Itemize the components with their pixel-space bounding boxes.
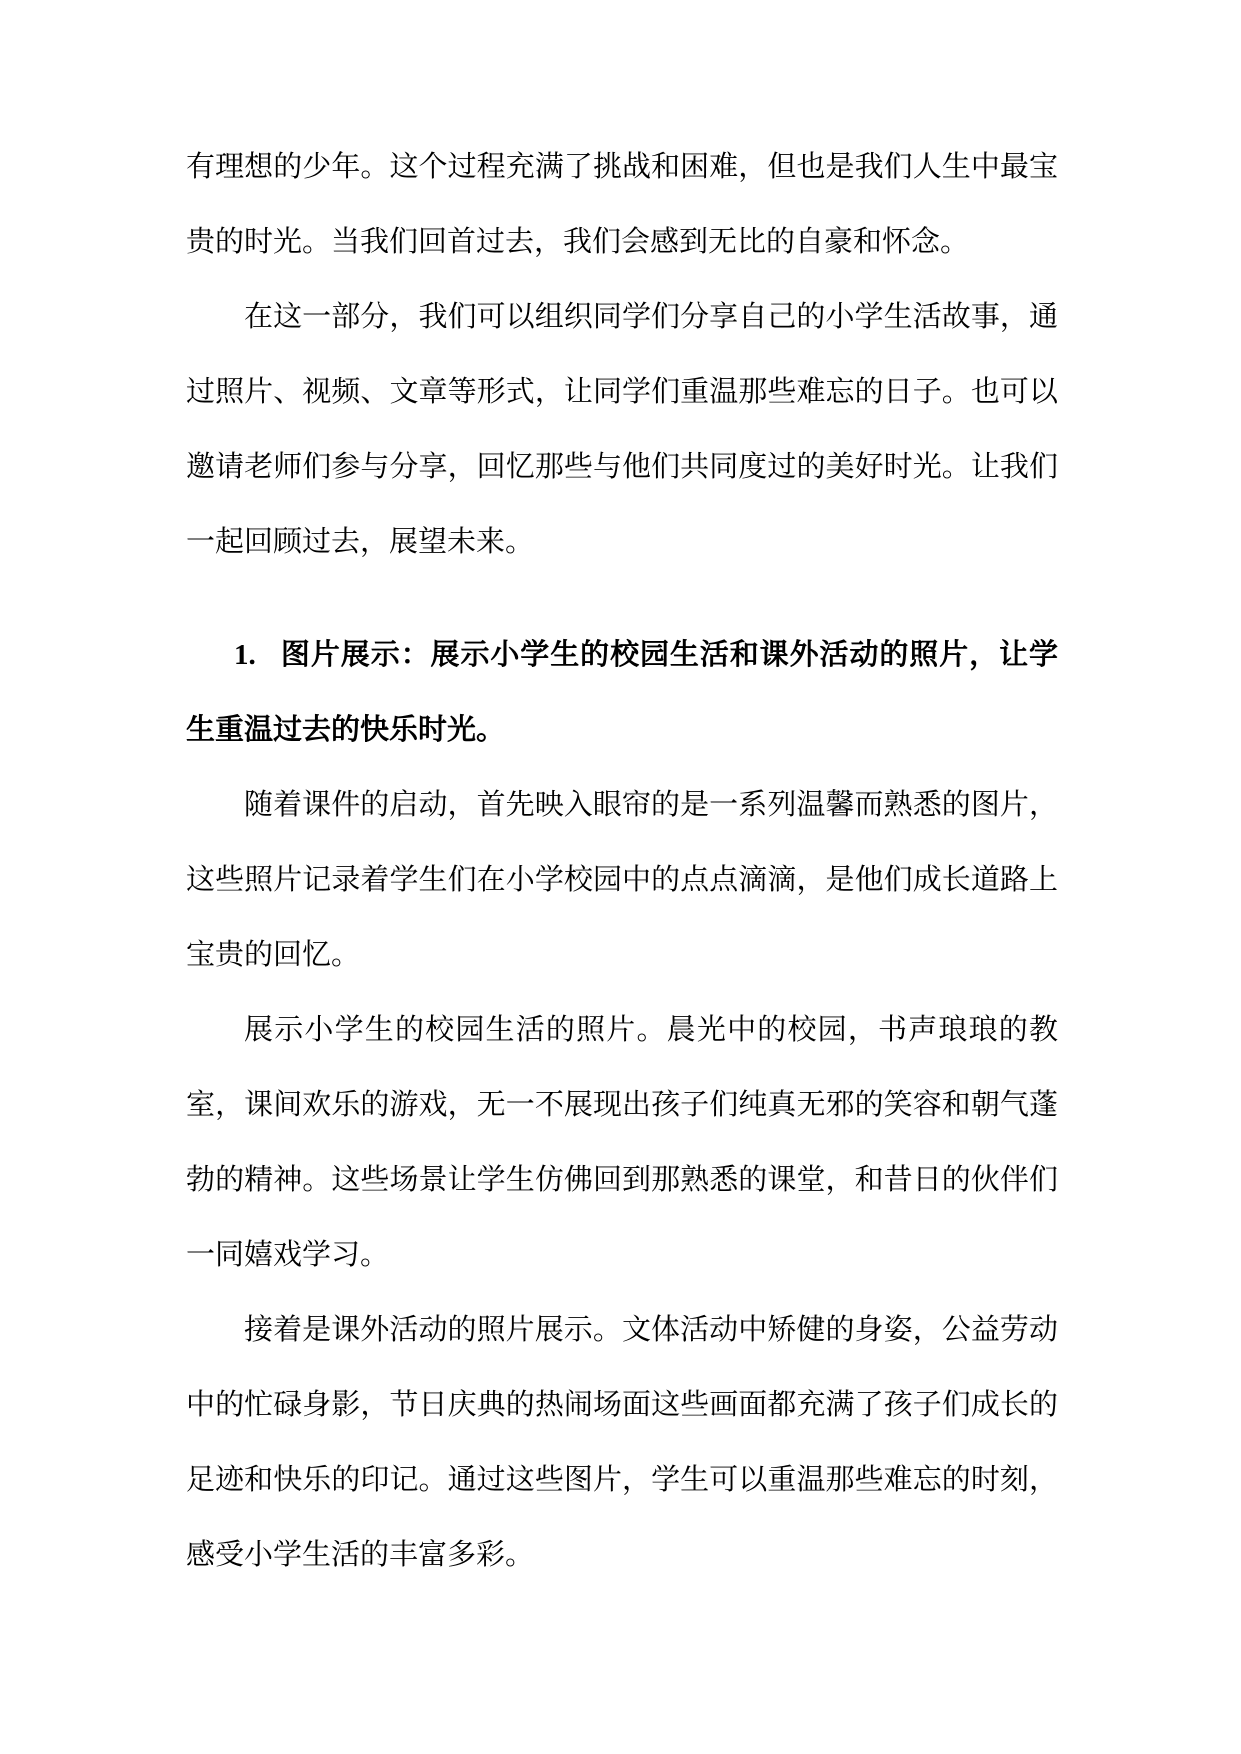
paragraph-campus-life-photos: 展示小学生的校园生活的照片。晨光中的校园，书声琅琅的教室，课间欢乐的游戏，无一不… [186,993,1058,1293]
paragraph-memories-intro: 有理想的少年。这个过程充满了挑战和困难，但也是我们人生中最宝贵的时光。当我们回首… [186,130,1058,280]
document-page: 有理想的少年。这个过程充满了挑战和困难，但也是我们人生中最宝贵的时光。当我们回首… [0,0,1241,1754]
paragraph-extracurricular-photos: 接着是课外活动的照片展示。文体活动中矫健的身姿，公益劳动中的忙碌身影，节日庆典的… [186,1293,1058,1593]
heading-text: 图片展示：展示小学生的校园生活和课外活动的照片，让学生重温过去的快乐时光。 [186,639,1058,746]
paragraph-activity-organization: 在这一部分，我们可以组织同学们分享自己的小学生活故事，通过照片、视频、文章等形式… [186,280,1058,580]
heading-list-number: 1. [234,618,280,693]
numbered-heading-picture-display: 1.图片展示：展示小学生的校园生活和课外活动的照片，让学生重温过去的快乐时光。 [186,618,1058,768]
paragraph-courseware-start: 随着课件的启动，首先映入眼帘的是一系列温馨而熟悉的图片，这些照片记录着学生们在小… [186,768,1058,993]
